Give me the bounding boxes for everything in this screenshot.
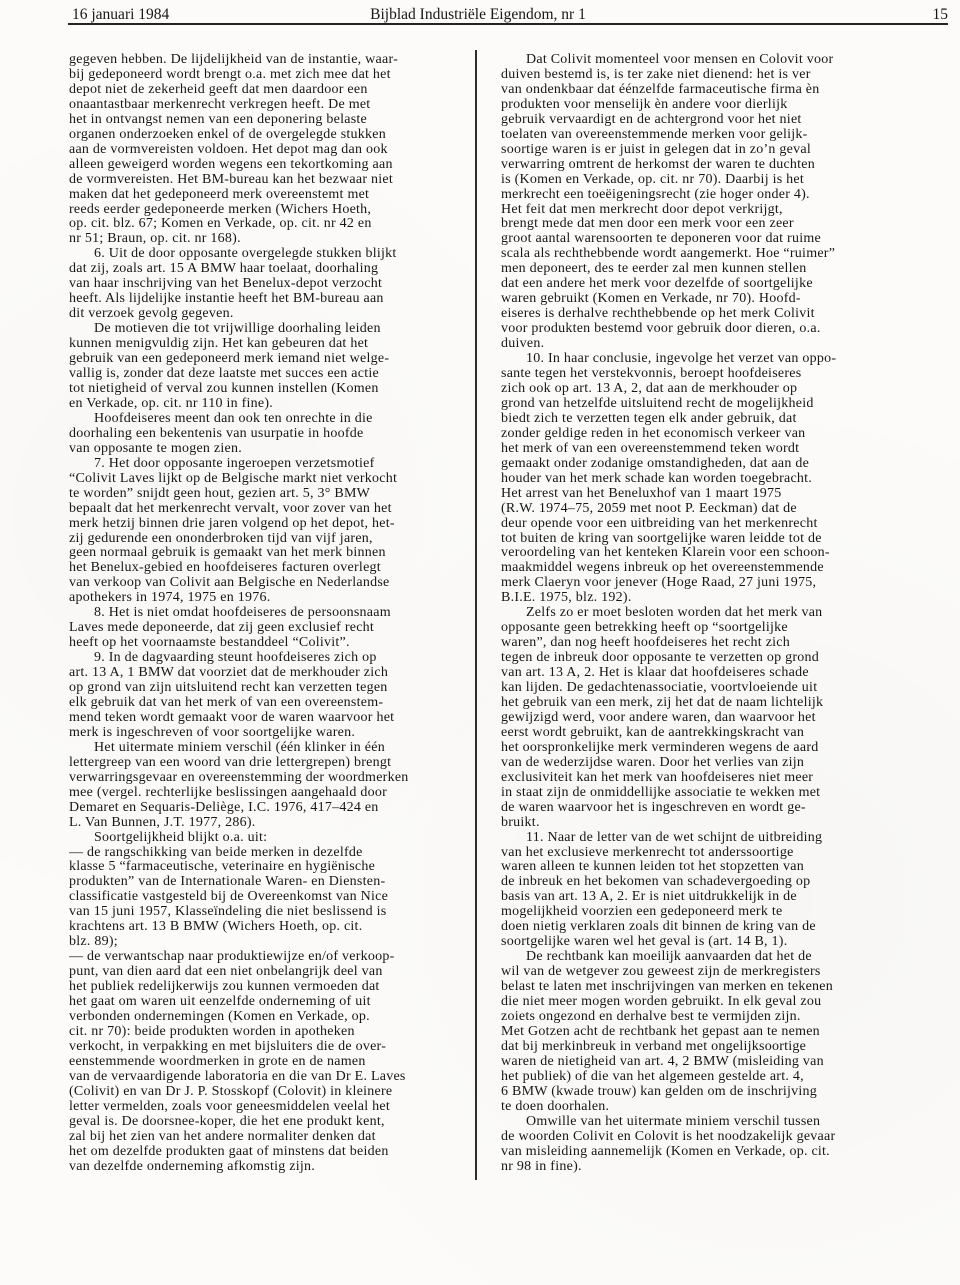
paragraph: Omwille van het uitermate miniem verschi… [501,1115,905,1175]
paragraph: De rechtbank kan moeilijk aanvaarden dat… [501,950,905,1114]
paragraph: Het uitermate miniem verschil (één klink… [69,741,473,831]
paragraph: Dat Colivit momenteel voor mensen en Col… [501,53,905,352]
paragraph: — de verwantschap naar produktiewijze en… [69,950,473,1174]
paragraph: 6. Uit de door opposante overgelegde stu… [69,247,473,322]
scanned-journal-page: 16 januari 1984 Bijblad Industriële Eige… [0,0,960,1285]
paragraph: 11. Naar de letter van de wet schijnt de… [501,831,905,951]
right-column: Dat Colivit momenteel voor mensen en Col… [501,53,905,1188]
column-divider-rule [475,50,477,1180]
page-number: 15 [933,6,949,24]
paragraph: Hoofdeiseres meent dan ook ten onrechte … [69,412,473,457]
paragraph: 10. In haar conclusie, ingevolge het ver… [501,352,905,606]
paragraph: gegeven hebben. De lijdelijkheid van de … [69,53,473,247]
paragraph: 7. Het door opposante ingeroepen verzets… [69,457,473,607]
paragraph: 8. Het is niet omdat hoofdeiseres de per… [69,606,473,651]
paragraph: De motieven die tot vrijwillige doorhali… [69,322,473,412]
paragraph: 9. In de dagvaarding steunt hoofdeiseres… [69,651,473,741]
paragraph: Soortgelijkheid blijkt o.a. uit: [69,831,473,846]
journal-title: Bijblad Industriële Eigendom, nr 1 [68,6,888,24]
left-column: gegeven hebben. De lijdelijkheid van de … [69,53,473,1188]
paragraph: — de rangschikking van beide merken in d… [69,846,473,951]
header-rule [68,23,948,25]
paragraph: Zelfs zo er moet besloten worden dat het… [501,606,905,830]
